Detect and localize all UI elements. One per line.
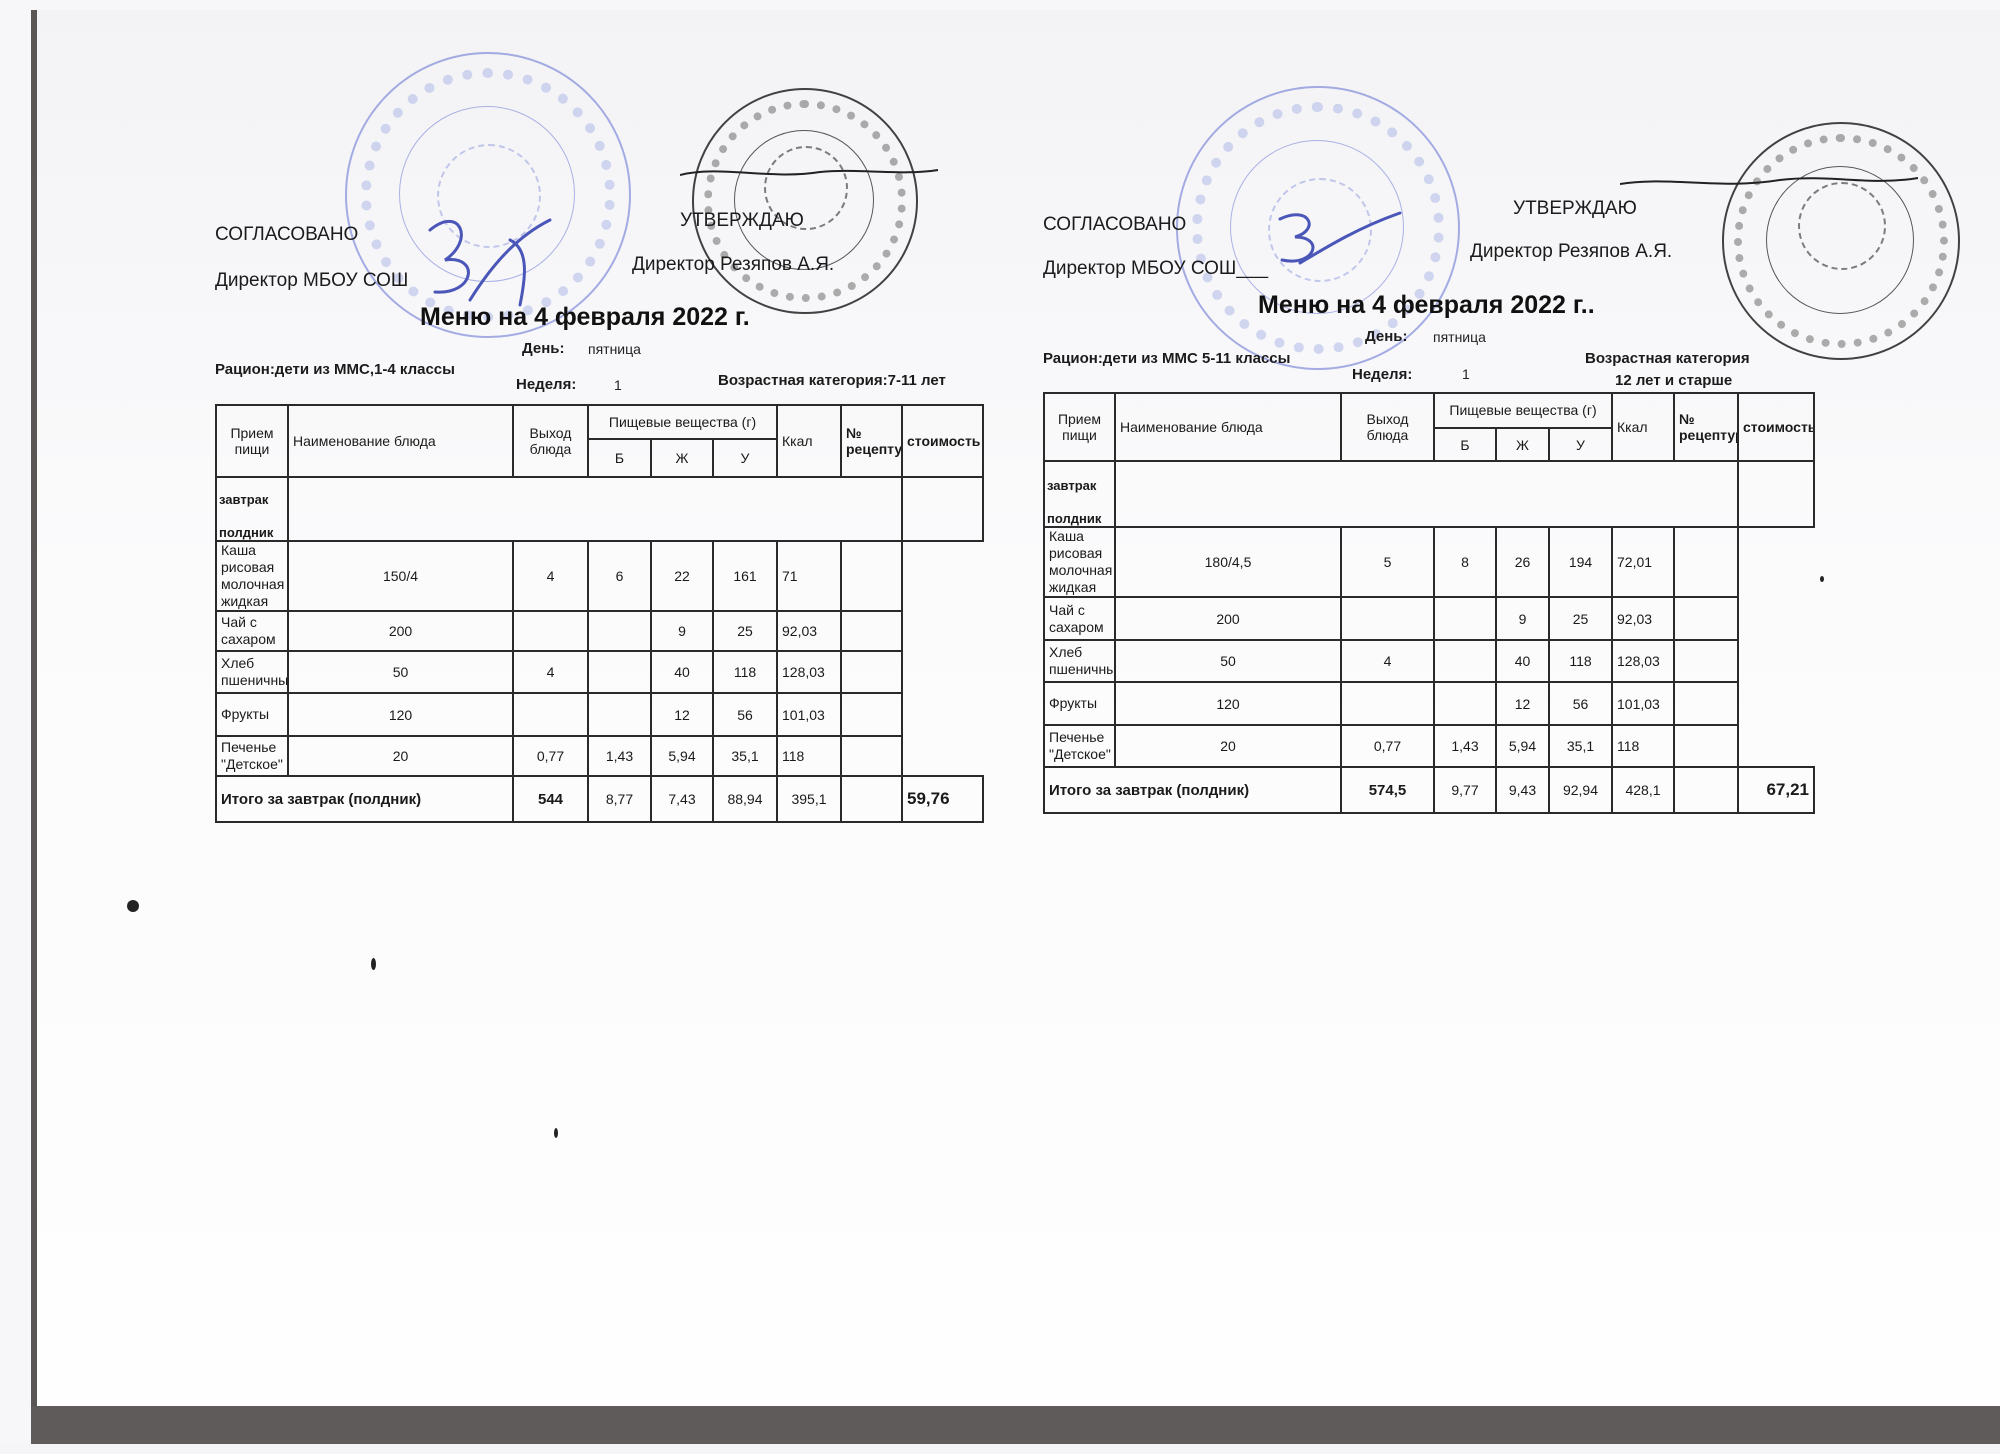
total-kcal: 428,1 <box>1612 767 1674 813</box>
cell-fat: 1,43 <box>588 736 651 776</box>
ration-label: Рацион:дети из ММС 5-11 классы <box>1043 350 1290 367</box>
cell-recipe: 118 <box>1612 725 1674 767</box>
meal-label-breakfast: завтрак <box>219 492 285 507</box>
cell-carbs: 40 <box>651 651 713 693</box>
blank-cost <box>1738 461 1814 527</box>
scan-speck <box>371 958 376 970</box>
cell-protein: 0,77 <box>513 736 588 776</box>
cell-kcal: 161 <box>713 541 777 611</box>
total-cost: 59,76 <box>902 776 983 822</box>
ration-label: Рацион:дети из ММС,1-4 классы <box>215 361 455 378</box>
cell-carbs: 5,94 <box>1496 725 1549 767</box>
cell-fat <box>588 611 651 651</box>
menu-title: Меню на 4 февраля 2022 г.. <box>1258 291 1595 320</box>
cell-cost <box>841 693 902 736</box>
cell-kcal: 35,1 <box>713 736 777 776</box>
cell-portion: 50 <box>288 651 513 693</box>
cell-dish: Хлеб пшеничный <box>1044 640 1115 682</box>
meal-cell: завтрак полдник <box>1044 461 1115 527</box>
scanner-edge-left <box>31 10 37 1446</box>
cell-protein: 4 <box>513 541 588 611</box>
approver-right: Директор Резяпов А.Я. <box>1470 241 1672 263</box>
cell-portion: 200 <box>1115 597 1341 640</box>
header-recipe: № рецептуры <box>841 405 902 477</box>
confirm-label: УТВЕРЖДАЮ <box>1513 198 1637 220</box>
header-recipe: № рецептуры <box>1674 393 1738 461</box>
approver-right: Директор Резяпов А.Я. <box>632 254 834 276</box>
cell-kcal: 56 <box>713 693 777 736</box>
cell-dish: Чай с сахаром <box>216 611 288 651</box>
cell-dish: Печенье "Детское" <box>216 736 288 776</box>
cell-kcal: 118 <box>713 651 777 693</box>
age-category-value: 12 лет и старше <box>1615 372 1732 389</box>
cell-protein: 0,77 <box>1341 725 1434 767</box>
cell-cost <box>1674 725 1738 767</box>
confirm-label: УТВЕРЖДАЮ <box>680 210 804 232</box>
header-nutrients: Пищевые вещества (г) <box>588 405 777 439</box>
total-cost: 67,21 <box>1738 767 1814 813</box>
table-row: Чай с сахаром20092592,03 <box>1044 597 1814 640</box>
cell-recipe: 128,03 <box>1612 640 1674 682</box>
cell-carbs: 12 <box>651 693 713 736</box>
cell-carbs: 9 <box>1496 597 1549 640</box>
cell-cost <box>841 541 902 611</box>
cell-kcal: 118 <box>1549 640 1612 682</box>
blank-row <box>288 477 902 541</box>
total-protein: 9,77 <box>1434 767 1496 813</box>
cell-dish: Фрукты <box>1044 682 1115 725</box>
day-value: пятница <box>588 341 641 357</box>
table-row: Фрукты1201256101,03 <box>216 693 983 736</box>
cell-protein <box>513 693 588 736</box>
cell-recipe: 118 <box>777 736 841 776</box>
cell-recipe: 101,03 <box>777 693 841 736</box>
meal-label-breakfast: завтрак <box>1047 478 1112 493</box>
cell-fat <box>588 693 651 736</box>
cell-fat <box>1434 682 1496 725</box>
cell-protein <box>1341 682 1434 725</box>
cell-carbs: 40 <box>1496 640 1549 682</box>
total-portion: 574,5 <box>1341 767 1434 813</box>
cell-protein: 5 <box>1341 527 1434 597</box>
blank-cost <box>902 477 983 541</box>
scan-speck <box>1820 576 1824 582</box>
cell-fat <box>1434 640 1496 682</box>
table-row: Каша рисовая молочная жидкая180/4,558261… <box>1044 527 1814 597</box>
cell-portion: 120 <box>288 693 513 736</box>
header-carbs: У <box>1549 428 1612 461</box>
approver-left: Директор МБОУ СОШ___ <box>1043 258 1268 280</box>
total-label: Итого за завтрак (полдник) <box>1044 767 1341 813</box>
cell-cost <box>1674 597 1738 640</box>
header-carbs: У <box>713 439 777 477</box>
cell-recipe: 72,01 <box>1612 527 1674 597</box>
scan-speck <box>554 1128 558 1138</box>
meal-cell: завтрак полдник <box>216 477 288 541</box>
cell-cost <box>1674 682 1738 725</box>
total-recipe <box>1674 767 1738 813</box>
cell-recipe: 101,03 <box>1612 682 1674 725</box>
cell-fat: 8 <box>1434 527 1496 597</box>
total-carbs: 92,94 <box>1549 767 1612 813</box>
cell-dish: Каша рисовая молочная жидкая <box>1044 527 1115 597</box>
cell-carbs: 9 <box>651 611 713 651</box>
total-recipe <box>841 776 902 822</box>
cell-portion: 200 <box>288 611 513 651</box>
cell-carbs: 22 <box>651 541 713 611</box>
cell-portion: 20 <box>288 736 513 776</box>
cell-fat: 1,43 <box>1434 725 1496 767</box>
cell-cost <box>841 651 902 693</box>
meal-label-snack: полдник <box>219 525 285 540</box>
cell-dish: Чай с сахаром <box>1044 597 1115 640</box>
blank-row <box>1115 461 1738 527</box>
cell-fat <box>1434 597 1496 640</box>
header-meal: Прием пищи <box>1044 393 1115 461</box>
cell-recipe: 71 <box>777 541 841 611</box>
approved-label: СОГЛАСОВАНО <box>215 224 358 246</box>
header-dish: Наименование блюда <box>1115 393 1341 461</box>
cell-dish: Печенье "Детское" <box>1044 725 1115 767</box>
age-category: Возрастная категория <box>1585 350 1750 367</box>
total-kcal: 395,1 <box>777 776 841 822</box>
week-value: 1 <box>614 377 622 393</box>
header-kcal: Ккал <box>777 405 841 477</box>
cell-fat <box>588 651 651 693</box>
menu-table-left: Прием пищи Наименование блюда Выход блюд… <box>215 404 984 823</box>
total-row: Итого за завтрак (полдник) 544 8,77 7,43… <box>216 776 983 822</box>
table-row: Фрукты1201256101,03 <box>1044 682 1814 725</box>
scanner-margin <box>0 1444 2000 1454</box>
cell-kcal: 56 <box>1549 682 1612 725</box>
cell-cost <box>1674 640 1738 682</box>
cell-kcal: 25 <box>1549 597 1612 640</box>
header-fat: Ж <box>1496 428 1549 461</box>
week-label: Неделя: <box>1352 366 1412 383</box>
cell-recipe: 92,03 <box>1612 597 1674 640</box>
cell-portion: 20 <box>1115 725 1341 767</box>
total-row: Итого за завтрак (полдник) 574,5 9,77 9,… <box>1044 767 1814 813</box>
header-cost: стоимость <box>1738 393 1814 461</box>
header-fat: Ж <box>651 439 713 477</box>
header-kcal: Ккал <box>1612 393 1674 461</box>
cell-carbs: 26 <box>1496 527 1549 597</box>
cell-cost <box>841 736 902 776</box>
cell-recipe: 92,03 <box>777 611 841 651</box>
cell-cost <box>841 611 902 651</box>
cell-protein: 4 <box>1341 640 1434 682</box>
header-cost: стоимость <box>902 405 983 477</box>
day-label: День: <box>1365 328 1408 345</box>
cell-portion: 50 <box>1115 640 1341 682</box>
cell-dish: Каша рисовая молочная жидкая <box>216 541 288 611</box>
menu-table-right: Прием пищи Наименование блюда Выход блюд… <box>1043 392 1815 814</box>
table-row: Хлеб пшеничный50440118128,03 <box>216 651 983 693</box>
total-protein: 8,77 <box>588 776 651 822</box>
cell-kcal: 35,1 <box>1549 725 1612 767</box>
table-row: Каша рисовая молочная жидкая150/44622161… <box>216 541 983 611</box>
approver-left: Директор МБОУ СОШ <box>215 270 408 292</box>
cell-carbs: 12 <box>1496 682 1549 725</box>
cell-recipe: 128,03 <box>777 651 841 693</box>
cell-portion: 150/4 <box>288 541 513 611</box>
week-label: Неделя: <box>516 376 576 393</box>
total-carbs: 88,94 <box>713 776 777 822</box>
day-value: пятница <box>1433 329 1486 345</box>
day-label: День: <box>522 340 565 357</box>
menu-title: Меню на 4 февраля 2022 г. <box>420 303 750 332</box>
cell-kcal: 25 <box>713 611 777 651</box>
header-meal: Прием пищи <box>216 405 288 477</box>
cell-portion: 120 <box>1115 682 1341 725</box>
header-portion: Выход блюда <box>513 405 588 477</box>
table-row: Печенье "Детское"200,771,435,9435,1118 <box>216 736 983 776</box>
cell-dish: Хлеб пшеничный <box>216 651 288 693</box>
cell-protein: 4 <box>513 651 588 693</box>
meal-label-snack: полдник <box>1047 511 1112 526</box>
table-row: Хлеб пшеничный50440118128,03 <box>1044 640 1814 682</box>
scan-speck <box>127 900 139 912</box>
cell-kcal: 194 <box>1549 527 1612 597</box>
total-fat: 7,43 <box>651 776 713 822</box>
header-portion: Выход блюда <box>1341 393 1434 461</box>
total-fat: 9,43 <box>1496 767 1549 813</box>
cell-carbs: 5,94 <box>651 736 713 776</box>
cell-fat: 6 <box>588 541 651 611</box>
week-value: 1 <box>1462 366 1470 382</box>
header-protein: Б <box>1434 428 1496 461</box>
header-dish: Наименование блюда <box>288 405 513 477</box>
cell-dish: Фрукты <box>216 693 288 736</box>
total-portion: 544 <box>513 776 588 822</box>
table-row: Чай с сахаром20092592,03 <box>216 611 983 651</box>
approved-label: СОГЛАСОВАНО <box>1043 214 1186 236</box>
table-row: Печенье "Детское"200,771,435,9435,1118 <box>1044 725 1814 767</box>
cell-protein <box>513 611 588 651</box>
total-label: Итого за завтрак (полдник) <box>216 776 513 822</box>
cell-portion: 180/4,5 <box>1115 527 1341 597</box>
header-protein: Б <box>588 439 651 477</box>
scanner-edge-bottom <box>31 1406 2000 1444</box>
cell-protein <box>1341 597 1434 640</box>
cell-cost <box>1674 527 1738 597</box>
age-category: Возрастная категория:7-11 лет <box>718 372 946 389</box>
header-nutrients: Пищевые вещества (г) <box>1434 393 1612 428</box>
